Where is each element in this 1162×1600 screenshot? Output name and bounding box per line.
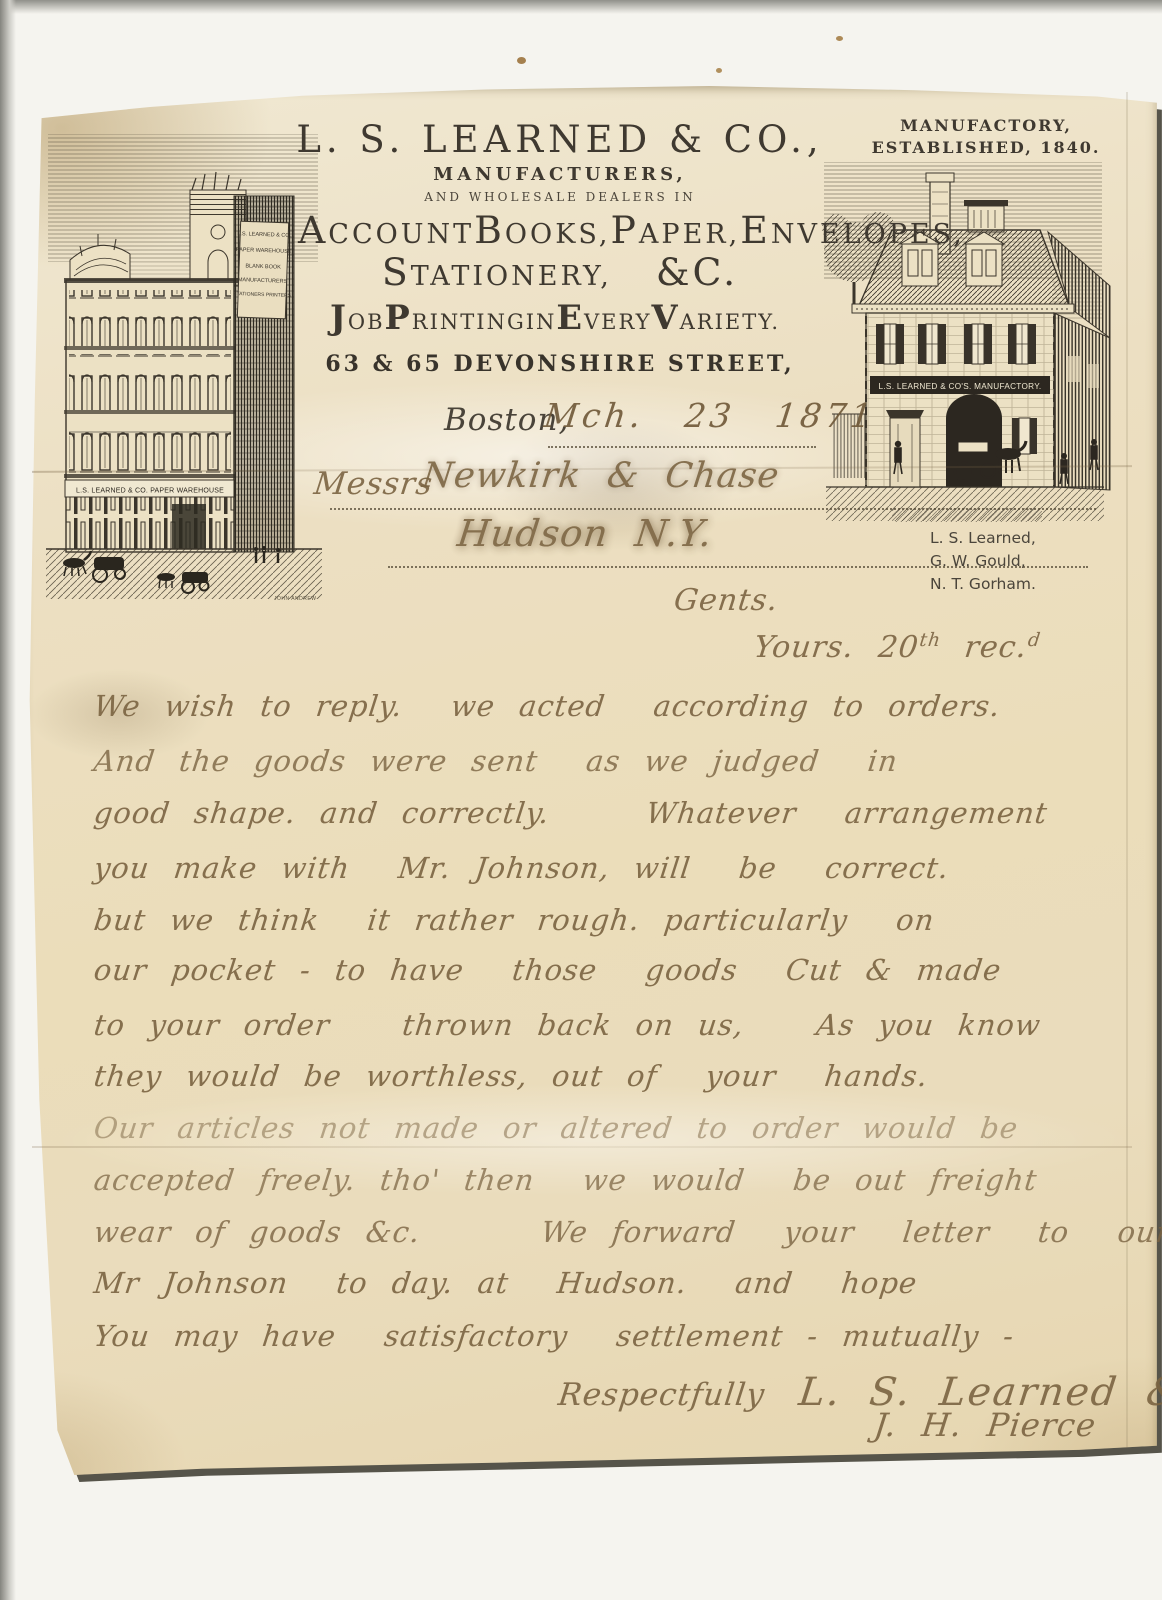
fold-crease (32, 1146, 1132, 1148)
body-line: they would be worthless, out of your han… (92, 1059, 930, 1093)
product-word: &C. (656, 250, 738, 294)
fold-crease-vertical (1126, 92, 1128, 1448)
dust-speck (517, 57, 526, 64)
body-line: And the goods were sent as we judged in (92, 744, 900, 778)
partner-name: G. W. Gould, (930, 550, 1036, 573)
job-printing-line: JOB PRINTING IN EVERY VARIETY. (330, 297, 770, 337)
job-word: PRINTING (385, 297, 526, 337)
body-line: You may have satisfactory settlement - m… (92, 1319, 1016, 1353)
ruled-dotted-line (330, 508, 1096, 510)
closing-word: Respectfully (556, 1377, 767, 1413)
role-line: MANUFACTURERS, (270, 164, 850, 185)
addressee-prefix: Messrs (312, 466, 435, 502)
product-word: BOOKS, (474, 208, 610, 252)
job-word: VARIETY. (652, 297, 781, 337)
body-line: Mr Johnson to day. at Hudson. and hope (92, 1266, 919, 1300)
body-line: you make with Mr. Johnson, will be corre… (92, 851, 951, 885)
job-word: EVERY (556, 297, 651, 337)
scanner-edge-left (0, 0, 16, 1600)
job-word: JOB (330, 297, 385, 337)
body-line: good shape. and correctly. Whatever arra… (92, 796, 1050, 830)
manufactory-note-line2: ESTABLISHED, 1840. (856, 138, 1116, 157)
street-scene: JOHN ANDREW (46, 546, 322, 602)
street-address: 63 & 65 DEVONSHIRE STREET, (270, 351, 850, 377)
products-line-1: ACCOUNT BOOKS, PAPER, ENVELOPES, (270, 208, 906, 252)
signature-name: J. H. Pierce (872, 1406, 1098, 1444)
dormer-window (964, 232, 1004, 286)
product-word: ACCOUNT (298, 208, 474, 252)
job-word: IN (526, 310, 557, 334)
superscript: th (918, 630, 942, 651)
cupola (964, 200, 1008, 232)
partner-name: N. T. Gorham. (930, 573, 1036, 596)
superscript: d (1027, 630, 1042, 651)
warehouse-sign-text: L.S. LEARNED & CO. PAPER WAREHOUSE (76, 488, 224, 495)
partner-names: L. S. Learned, G. W. Gould, N. T. Gorham… (930, 527, 1036, 596)
body-line: wear of goods &c. We forward your letter… (92, 1215, 1162, 1249)
warehouse-facade: L.S. LEARNED & CO. PAPER WAREHOUSE (64, 278, 248, 552)
dealers-line: AND WHOLESALE DEALERS IN (270, 190, 850, 204)
shuttered-window (1012, 418, 1037, 454)
shuttered-window (876, 324, 904, 364)
scanner-edge-top (0, 0, 1162, 14)
manufactory-note-line1: MANUFACTORY, (856, 116, 1116, 135)
body-line: but we think it rather rough. particular… (92, 903, 937, 937)
partner-name: L. S. Learned, (930, 527, 1036, 550)
ruled-dotted-line (548, 446, 816, 448)
addressee-name: Newkirk & Chase (420, 456, 782, 496)
dust-speck (716, 68, 722, 73)
manufactory-sign-text: L.S. LEARNED & CO'S. MANUFACTORY. (879, 382, 1042, 391)
salutation: Gents. (672, 583, 780, 618)
handwritten-date: Mch. 23 1871 (542, 396, 878, 435)
products-line-2: STATIONERY, &C. (270, 250, 850, 294)
dust-speck (836, 36, 843, 41)
ruled-dotted-line (388, 566, 1088, 568)
body-line: Our articles not made or altered to orde… (92, 1111, 1020, 1145)
company-name: L. S. LEARNED & CO., (270, 118, 850, 161)
body-line: to your order thrown back on us, As you … (92, 1008, 1043, 1042)
product-word: PAPER, (610, 208, 740, 252)
addressee-place: Hudson N.Y. (455, 512, 715, 555)
body-line: accepted freely. tho' then we would be o… (92, 1163, 1039, 1197)
body-line: our pocket - to have those goods Cut & m… (92, 953, 1003, 987)
product-word: STATIONERY, (382, 250, 612, 294)
body-line: We wish to reply. we acted according to … (92, 689, 1003, 723)
engraver-mark: JOHN ANDREW (274, 596, 316, 602)
product-word: ENVELOPES, (740, 208, 965, 252)
received-note: Yours. 20th rec.d (752, 630, 1042, 665)
scanned-letter-page: { "letterhead": { "company": "L. S. LEAR… (0, 0, 1162, 1600)
